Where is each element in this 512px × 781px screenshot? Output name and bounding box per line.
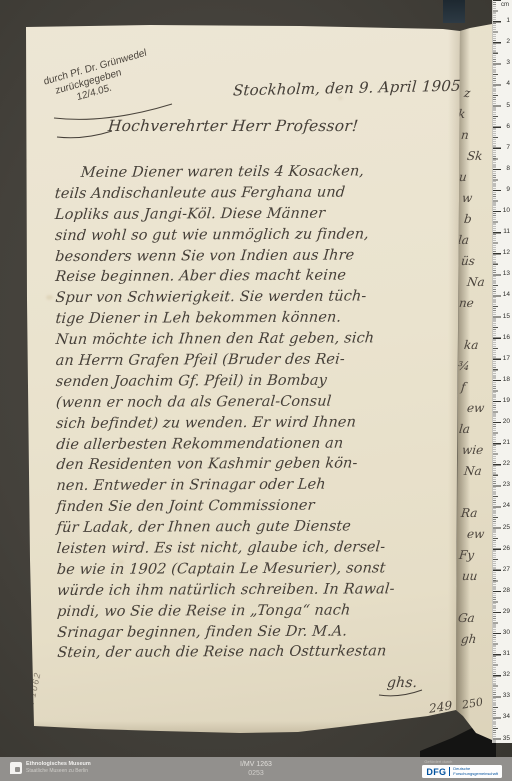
ruler-cm-label: 8 xyxy=(506,165,510,173)
ruler-cm-label: 10 xyxy=(503,207,510,215)
ruler-cm-label: 2 xyxy=(506,38,510,46)
ruler-cm-label: 19 xyxy=(503,397,510,405)
letter-body-line: senden Joachim Gf. Pfeil) in Bombay xyxy=(55,370,457,393)
ruler-cm-label: 21 xyxy=(503,439,510,447)
page-number: 249 xyxy=(429,698,453,716)
paper-stain xyxy=(46,295,53,300)
ruler-cm-label: 22 xyxy=(503,460,510,468)
ruler-cm-label: 18 xyxy=(503,376,510,384)
letter-page: durch Pf. Dr. Grünwedel zurückgegeben 12… xyxy=(0,0,512,757)
letter-body-line: Lopliks aus Jangi-Köl. Diese Männer xyxy=(54,203,456,226)
letter-body-line: be wie in 1902 (Captain Le Mesurier), so… xyxy=(56,558,458,581)
letter-body-line: finden Sie den Joint Commissioner xyxy=(56,495,458,518)
ruler-cm-label: 17 xyxy=(503,355,510,363)
letter-body-line: (wenn er noch da als General-Consul xyxy=(55,391,457,414)
letter-body-line: Stein, der auch die Reise nach Ostturkes… xyxy=(56,641,458,664)
ruler-cm-label: 5 xyxy=(506,102,510,110)
letter-body: Meine Diener waren teils 4 Kosacken,teil… xyxy=(55,161,458,664)
next-page-text-fragment: Sk xyxy=(466,149,483,163)
next-page-text-fragment: ka xyxy=(463,338,479,352)
dfg-logo: DFG Deutsche Forschungsgemeinschaft xyxy=(422,765,502,778)
letter-body-line: besonders wenn Sie von Indien aus Ihre xyxy=(54,245,456,268)
next-page-text-fragment: w xyxy=(461,191,473,205)
funding-prefix: Gefördert durch xyxy=(424,759,452,764)
letter-body-line: Reise beginnen. Aber dies macht keine xyxy=(54,265,456,288)
shelfmark-annotation: A 1062 xyxy=(25,671,43,709)
ruler-cm-label: 4 xyxy=(506,80,510,88)
ruler-cm-label: 25 xyxy=(503,524,510,532)
letter-body-line: Nun möchte ich Ihnen den Rat geben, sich xyxy=(55,328,457,351)
letter-body-line: Meine Diener waren teils 4 Kosacken, xyxy=(54,161,456,184)
dfg-org-line2: Forschungsgemeinschaft xyxy=(453,771,498,776)
ruler-cm-label: 14 xyxy=(503,291,510,299)
ruler-cm-label: 13 xyxy=(503,270,510,278)
next-page-text-fragment: Fy xyxy=(458,548,475,562)
ruler-cm-label: 12 xyxy=(503,249,510,257)
ruler-cm-label: 31 xyxy=(503,650,510,658)
letter-body-line: den Residenten von Kashmir geben kön- xyxy=(55,453,457,476)
letter-salutation: Hochverehrter Herr Professor! xyxy=(107,117,359,135)
ruler-cm-label: 35 xyxy=(503,735,510,743)
ruler-cm-label: 34 xyxy=(503,713,510,721)
ruler-cm-label: 9 xyxy=(506,186,510,194)
ruler-cm-label: 16 xyxy=(503,334,510,342)
ruler-cm-label: 33 xyxy=(503,692,510,700)
letter-body-line: für Ladak, der Ihnen auch gute Dienste xyxy=(56,516,458,539)
next-page-text-fragment: n xyxy=(460,128,469,142)
letter-body-line: pindi, wo Sie die Reise in „Tonga“ nach xyxy=(56,600,458,623)
ruler-cm-label: 7 xyxy=(506,144,510,152)
page-bottom-shadow xyxy=(26,721,462,735)
ruler-unit-label: cm xyxy=(501,2,509,8)
next-page-text-fragment: la xyxy=(457,233,469,247)
next-page-text-fragment: Na xyxy=(463,464,482,478)
next-page-text-fragment: b xyxy=(463,212,472,226)
funding-block: Gefördert durch DFG Deutsche Forschungsg… xyxy=(422,759,502,778)
ruler-cm-label: 3 xyxy=(506,59,510,67)
ruler-cm-label: 24 xyxy=(503,502,510,510)
letter-body-line: Srinagar beginnen, finden Sie Dr. M.A. xyxy=(56,621,458,644)
letter-body-line: tige Diener in Leh bekommen können. xyxy=(55,307,457,330)
cm-ruler: cm 1234567891011121314151617181920212223… xyxy=(492,0,512,743)
letter-body-line: teils Andischanleute aus Ferghana und xyxy=(54,182,456,205)
letter-body-line: leisten wird. Es ist nicht, glaube ich, … xyxy=(56,537,458,560)
next-page-text-fragment: Ra xyxy=(460,506,478,520)
dfg-wordmark: DFG xyxy=(426,767,446,777)
next-page-text-fragment: wie xyxy=(461,443,484,457)
scan-background: 250 zknSkuwblaüsNaneka¾fewlawieNaRaewFyu… xyxy=(0,0,512,757)
dfg-org-name: Deutsche Forschungsgemeinschaft xyxy=(453,767,498,776)
ruler-cm-label: 30 xyxy=(503,629,510,637)
letter-body-line: sind wohl so gut wie unmöglich zu finden… xyxy=(54,224,456,247)
next-page-text-fragment: u xyxy=(458,170,467,184)
archive-scan-viewer: 250 zknSkuwblaüsNaneka¾fewlawieNaRaewFyu… xyxy=(0,0,512,781)
ruler-cm-label: 27 xyxy=(503,566,510,574)
next-page-text-fragment: ew xyxy=(466,527,485,541)
next-page-text-fragment: üs xyxy=(460,254,475,268)
letter-body-line: würde ich ihm natürlich schreiben. In Ra… xyxy=(56,579,458,602)
next-page-text-fragment: ne xyxy=(458,296,474,310)
ruler-cm-label: 1 xyxy=(506,17,510,25)
ruler-cm-label: 15 xyxy=(503,313,510,321)
next-page-text-fragment: ¾ xyxy=(457,359,470,373)
ruler-cm-ticks xyxy=(493,0,501,743)
digitization-footer: Ethnologisches Museum Staatliche Museen … xyxy=(0,757,512,781)
letter-body-line: die allerbesten Rekommendationen an xyxy=(55,433,457,456)
ruler-cm-label: 29 xyxy=(503,608,510,616)
next-page-text-fragment: gh xyxy=(460,632,477,646)
next-page-text-fragment: ew xyxy=(466,401,485,415)
ruler-cm-label: 26 xyxy=(503,545,510,553)
ruler-cm-label: 23 xyxy=(503,481,510,489)
ruler-cm-label: 32 xyxy=(503,671,510,679)
letter-body-line: sich befindet) zu wenden. Er wird Ihnen xyxy=(55,412,457,435)
letter-body-line: nen. Entweder in Srinagar oder Leh xyxy=(56,474,458,497)
closing-flourish xyxy=(378,688,424,698)
letter-dateline: Stockholm, den 9. April 1905. xyxy=(232,77,466,100)
letter-body-line: an Herrn Grafen Pfeil (Bruder des Rei- xyxy=(55,349,457,372)
letter-body-line: Spur von Schwierigkeit. Sie werden tüch- xyxy=(55,286,457,309)
ruler-cm-label: 20 xyxy=(503,418,510,426)
ruler-cm-label: 6 xyxy=(506,123,510,131)
dfg-logo-divider xyxy=(449,767,450,776)
next-page-text-fragment: Ga xyxy=(457,611,475,625)
next-page-text-fragment: uu xyxy=(461,569,478,583)
book-spine-ribbon xyxy=(443,0,465,23)
ruler-cm-label: 28 xyxy=(503,587,510,595)
ruler-cm-label: 11 xyxy=(503,228,510,236)
next-page-number: 250 xyxy=(461,695,484,711)
next-page-text-fragment: la xyxy=(458,422,470,436)
salutation-flourish xyxy=(56,128,114,140)
next-page-text-fragment: Na xyxy=(466,275,485,289)
